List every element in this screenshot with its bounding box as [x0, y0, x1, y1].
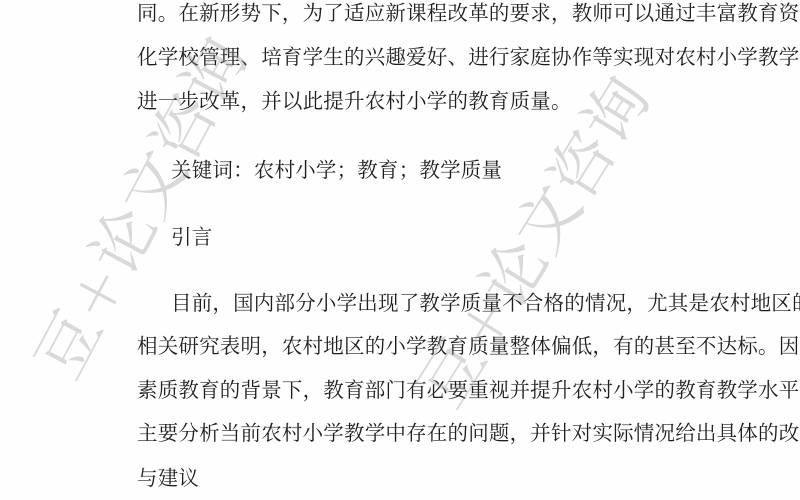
abstract-line-3: 进一步改革，并以此提升农村小学的教育质量。 [137, 89, 572, 113]
intro-line-1: 目前，国内部分小学出现了教学质量不合格的情况，尤其是农村地区的小学。 [171, 291, 800, 315]
section-heading-introduction: 引言 [171, 225, 212, 249]
intro-line-5: 与建议 [137, 466, 199, 490]
keywords-line: 关键词：农村小学；教育；教学质量 [171, 158, 502, 182]
intro-line-2: 相关研究表明，农村地区的小学教育质量整体偏低，有的甚至不达标。因此，在 [137, 334, 800, 358]
abstract-line-1: 同。在新形势下，为了适应新课程改革的要求，教师可以通过丰富教育资源、强 [137, 1, 800, 25]
abstract-line-2: 化学校管理、培育学生的兴趣爱好、进行家庭协作等实现对农村小学教学模式的 [137, 45, 800, 69]
document-page: 同。在新形势下，为了适应新课程改革的要求，教师可以通过丰富教育资源、强 化学校管… [0, 0, 800, 500]
intro-line-3: 素质教育的背景下，教育部门有必要重视并提升农村小学的教育教学水平。本文 [137, 378, 800, 402]
intro-line-4: 主要分析当前农村小学教学中存在的问题，并针对实际情况给出具体的改进措施 [137, 421, 800, 445]
